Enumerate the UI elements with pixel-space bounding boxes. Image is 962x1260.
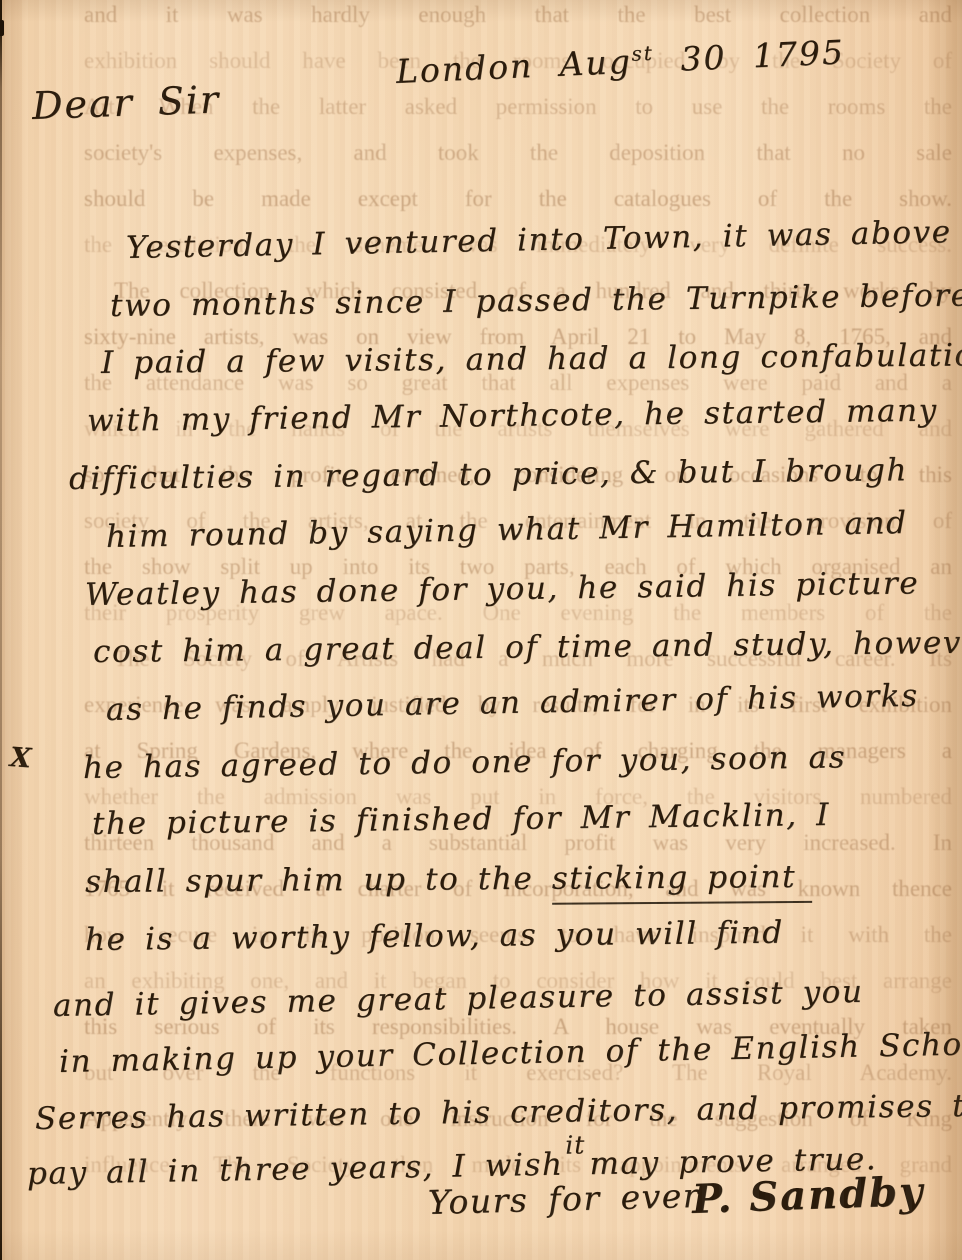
letter-line: I paid a few visits, and had a long conf… <box>101 337 962 381</box>
scanned-letter-page: and it was hardly enough that the best c… <box>0 0 962 1260</box>
showthrough-line: and it was hardly enough that the best c… <box>84 2 952 28</box>
letter-line: difficulties in regard to price, & but I… <box>69 452 908 497</box>
letter-line-underlined: shall spur him up to the sticking point <box>85 859 812 900</box>
letter-line: he is a worthy fellow, as you will find <box>85 915 784 958</box>
page-left-edge <box>0 0 2 1260</box>
showthrough-line: society's expenses, and took the deposit… <box>84 140 952 166</box>
letter-line-text: shall spur him up to the <box>85 861 552 900</box>
dateline-superscript: st <box>631 41 654 66</box>
inserted-word: it <box>565 1130 586 1159</box>
margin-x-mark: X <box>9 742 32 774</box>
letter-salutation: Dear Sir <box>31 77 221 128</box>
letter-dateline: London Augst 30 1795 <box>395 32 846 91</box>
underlined-phrase: sticking point <box>552 859 813 905</box>
letter-line: as he finds you are an admirer of his wo… <box>106 678 919 728</box>
letter-line: Yesterday I ventured into Town, it was a… <box>126 214 952 266</box>
dateline-date: 30 1795 <box>653 32 845 79</box>
showthrough-line: should be made except for the catalogues… <box>84 186 952 212</box>
letter-closing: Yours for ever <box>427 1176 700 1222</box>
letter-signature: P. Sandby <box>691 1168 925 1223</box>
page-edge-mark <box>0 20 4 36</box>
